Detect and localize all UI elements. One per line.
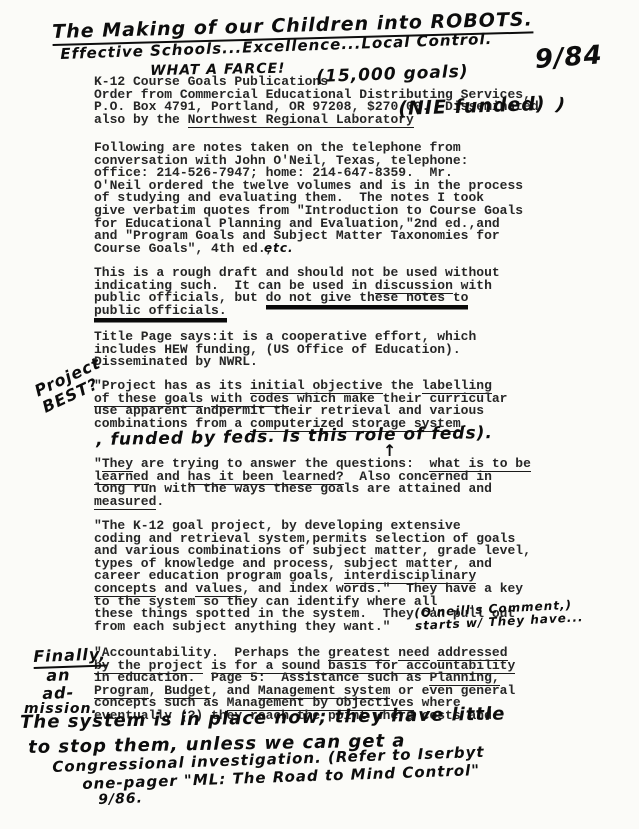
typed-segment-underlined: Northwest Regional Laboratory xyxy=(188,112,414,128)
typed-segment-underlined: public officials. xyxy=(94,303,227,320)
an-note: an xyxy=(46,666,71,684)
etc-note: etc. xyxy=(264,242,294,255)
date-note: 9/84 xyxy=(534,41,604,74)
insert-arrow: ↑ xyxy=(383,442,397,460)
typed-paragraph-p4-title-page: Title Page says:it is a cooperative effo… xyxy=(94,331,476,369)
bottom-line-5: 9/86. xyxy=(98,791,143,808)
typed-line: Disseminated by NWRL. xyxy=(94,356,476,369)
typed-paragraph-p3-rough-draft: This is a rough draft and should not be … xyxy=(94,267,500,317)
typed-paragraph-p2-phone-notes: Following are notes taken on the telepho… xyxy=(94,142,523,255)
typed-segment: Course Goals", 4th ed., xyxy=(94,241,273,256)
ad-note: ad- xyxy=(42,684,74,703)
typed-segment: . xyxy=(156,494,164,509)
typed-paragraph-p6-questions: "They are trying to answer the questions… xyxy=(94,458,531,508)
typed-line: measured. xyxy=(94,496,531,509)
typed-segment: Disseminated by NWRL. xyxy=(94,354,258,369)
farce-note: WHAT A FARCE! xyxy=(150,62,286,80)
disseminated-paren: ) xyxy=(555,95,568,116)
typed-segment-underlined: measured xyxy=(94,494,156,510)
typed-line: Course Goals", 4th ed., xyxy=(94,243,523,256)
scanned-document-page: K-12 Course Goals PublicationsOrder from… xyxy=(0,0,639,829)
typed-paragraph-p5-project-objective: "Project has as its initial objective th… xyxy=(94,380,507,430)
typed-segment-underlined: do not give these notes to xyxy=(266,290,469,307)
typed-segment: from each subject anything they want." xyxy=(94,619,390,634)
typed-segment: also by the xyxy=(94,112,188,127)
